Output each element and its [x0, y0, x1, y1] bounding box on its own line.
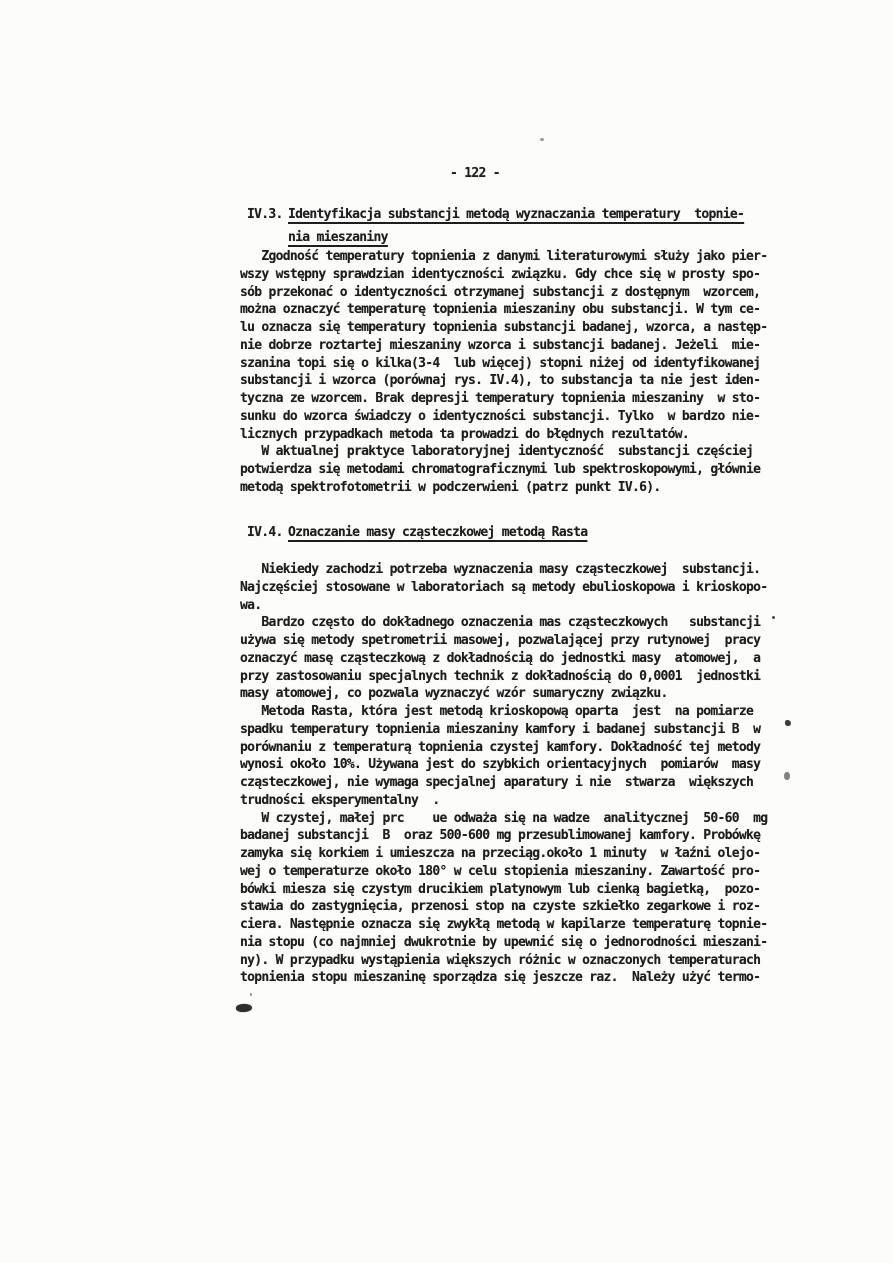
scan-speck [250, 993, 252, 996]
scan-speck [784, 772, 790, 780]
section-title-iv3: Identyfikacja substancji metodą wyznacza… [288, 203, 807, 249]
section-number-iv3: IV.3. [247, 203, 288, 226]
ink-smudge [236, 1003, 253, 1012]
paragraph: W aktualnej praktyce laboratoryjnej iden… [240, 443, 800, 496]
paragraph: Niekiedy zachodzi potrzeba wyznaczenia m… [240, 561, 800, 614]
section-body-iv4: Niekiedy zachodzi potrzeba wyznaczenia m… [240, 561, 800, 987]
page-number: - 122 - [210, 165, 740, 183]
document-page: - 122 - IV.3. Identyfikacja substancji m… [0, 0, 893, 1263]
paragraph: Bardzo często do dokładnego oznaczenia m… [240, 614, 800, 703]
scan-speck [772, 616, 775, 619]
section-title-iv4: Oznaczanie masy cząsteczkowej metodą Ras… [288, 521, 807, 544]
section-heading-iv3: IV.3. Identyfikacja substancji metodą wy… [247, 203, 807, 249]
section-body-iv3: Zgodność temperatury topnienia z danymi … [240, 248, 800, 497]
section-number-iv4: IV.4. [247, 521, 288, 544]
paragraph: Zgodność temperatury topnienia z danymi … [240, 248, 800, 443]
paragraph: Metoda Rasta, która jest metodą krioskop… [240, 703, 800, 810]
scan-speck [540, 138, 544, 141]
section-title-iv3-line1: Identyfikacja substancji metodą wyznacza… [288, 207, 744, 222]
scan-speck [785, 720, 791, 726]
paragraph: W czystej, małej prc ue odważa się na wa… [240, 810, 800, 988]
section-heading-iv4: IV.4. Oznaczanie masy cząsteczkowej meto… [247, 521, 807, 544]
section-title-iv4-line1: Oznaczanie masy cząsteczkowej metodą Ras… [288, 525, 587, 540]
section-title-iv3-line2: nia mieszaniny [288, 230, 388, 245]
